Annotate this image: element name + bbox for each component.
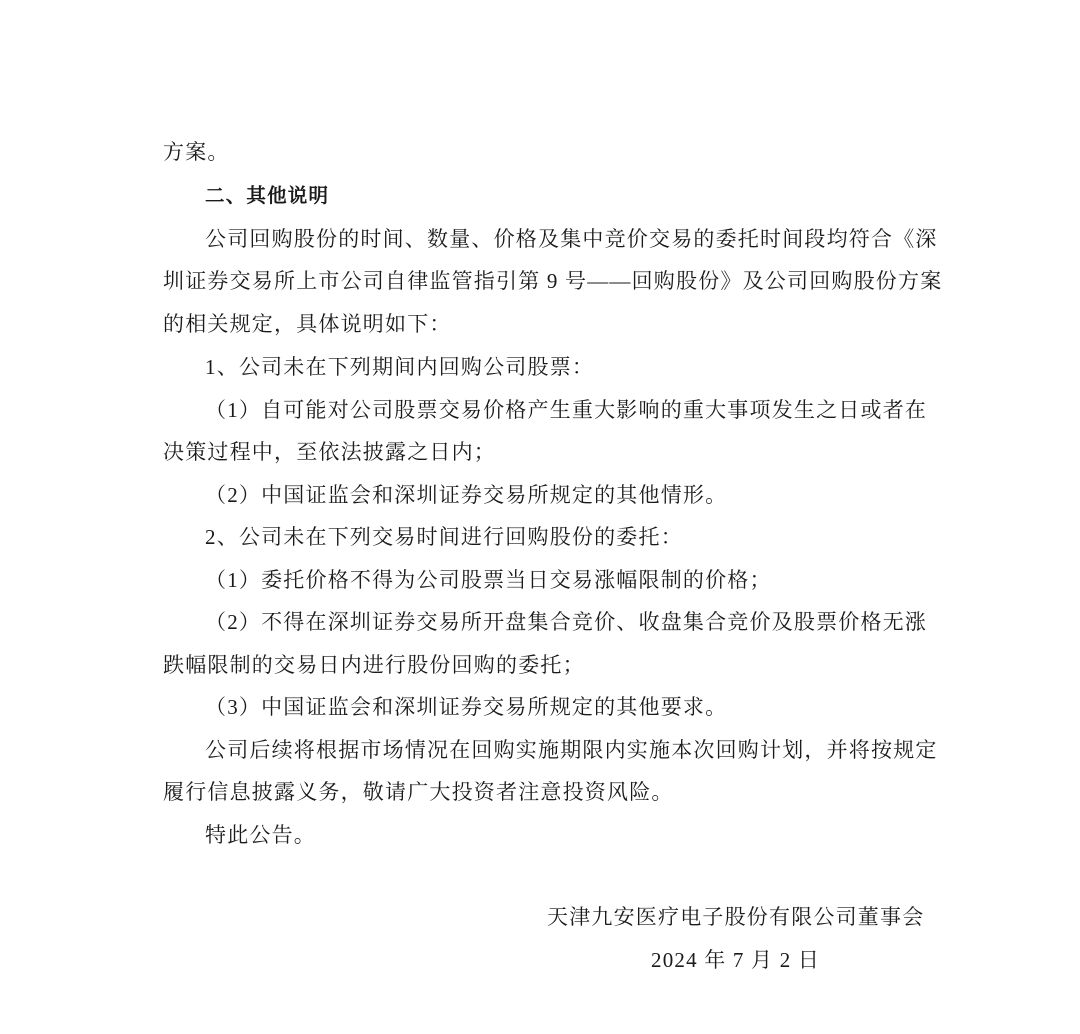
paragraph-line: 圳证券交易所上市公司自律监管指引第 9 号——回购股份》及公司回购股份方案 (163, 266, 918, 296)
list-item-continuation: 跌幅限制的交易日内进行股份回购的委托； (163, 650, 585, 680)
paragraph-continuation: 方案。 (163, 137, 230, 167)
signature-date: 2024 年 7 月 2 日 (651, 945, 820, 975)
paragraph-line: 的相关规定，具体说明如下： (163, 309, 452, 339)
paragraph-line: 公司回购股份的时间、数量、价格及集中竞价交易的委托时间段均符合《深 (205, 224, 918, 254)
section-heading: 二、其他说明 (205, 181, 329, 211)
list-item-heading: 1、公司未在下列期间内回购公司股票： (205, 352, 594, 382)
list-item-continuation: 决策过程中，至依法披露之日内； (163, 437, 496, 467)
list-item: （1）自可能对公司股票交易价格产生重大影响的重大事项发生之日或者在 (205, 395, 918, 425)
list-item: （3）中国证监会和深圳证券交易所规定的其他要求。 (205, 692, 727, 722)
signature-company: 天津九安医疗电子股份有限公司董事会 (547, 902, 924, 932)
list-item: （2）中国证监会和深圳证券交易所规定的其他情形。 (205, 480, 727, 510)
list-item: （1）委托价格不得为公司股票当日交易涨幅限制的价格； (205, 565, 772, 595)
paragraph-line: 履行信息披露义务，敬请广大投资者注意投资风险。 (163, 777, 674, 807)
closing-statement: 特此公告。 (205, 820, 316, 850)
list-item: （2）不得在深圳证券交易所开盘集合竞价、收盘集合竞价及股票价格无涨 (205, 607, 918, 637)
list-item-heading: 2、公司未在下列交易时间进行回购股份的委托： (205, 522, 683, 552)
paragraph-line: 公司后续将根据市场情况在回购实施期限内实施本次回购计划，并将按规定 (205, 735, 918, 765)
